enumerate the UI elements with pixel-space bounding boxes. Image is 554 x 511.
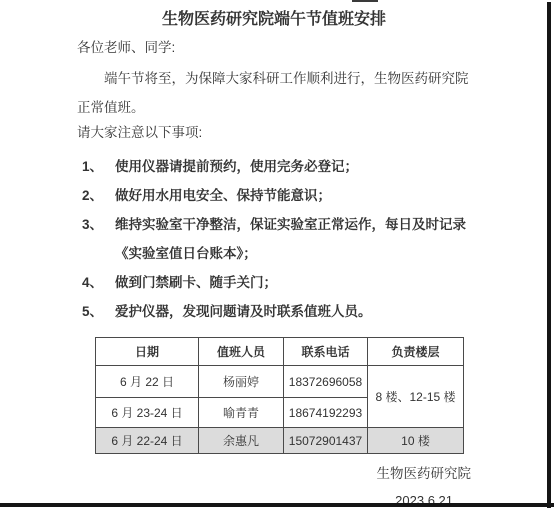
cell-date: 6 月 22 日 — [96, 366, 199, 398]
page-title: 生物医药研究院端午节值班安排 — [77, 8, 471, 32]
notice-item-3: 3、 维持实验室干净整洁，保证实验室正常运作，每日及时记录《实验室值日台账本》； — [77, 210, 471, 268]
cell-phone: 18674192293 — [284, 398, 368, 428]
notice-lead-line: 请大家注意以下事项: — [77, 122, 471, 144]
item-text: 使用仪器请提前预约，使用完务必登记； — [115, 152, 471, 181]
notice-item-2: 2、 做好用水用电安全、保持节能意识； — [77, 181, 471, 210]
document-content: 生物医药研究院端午节值班安排 各位老师、同学: 端午节将至，为保障大家科研工作顺… — [77, 0, 471, 510]
table-row-highlighted: 6 月 22-24 日 余惠凡 15072901437 10 楼 — [96, 428, 464, 454]
column-header-phone: 联系电话 — [284, 338, 368, 366]
salutation-line: 各位老师、同学: — [77, 38, 471, 58]
frame-border-right — [547, 2, 551, 508]
cell-person: 杨丽婷 — [199, 366, 284, 398]
cell-floor-merged: 8 楼、12-15 楼 — [368, 366, 464, 428]
cell-phone: 18372696058 — [284, 366, 368, 398]
notice-item-5: 5、 爱护仪器，发现问题请及时联系值班人员。 — [77, 297, 471, 326]
cell-person: 余惠凡 — [199, 428, 284, 454]
column-header-person: 值班人员 — [199, 338, 284, 366]
item-text: 爱护仪器，发现问题请及时联系值班人员。 — [115, 297, 471, 326]
intro-paragraph: 端午节将至，为保障大家科研工作顺利进行，生物医药研究院正常值班。 — [77, 64, 471, 122]
cell-phone: 15072901437 — [284, 428, 368, 454]
cell-date: 6 月 22-24 日 — [96, 428, 199, 454]
document-date: 2023.6.21 — [77, 492, 453, 510]
notice-item-list: 1、 使用仪器请提前预约，使用完务必登记； 2、 做好用水用电安全、保持节能意识… — [77, 152, 471, 326]
cell-floor: 10 楼 — [368, 428, 464, 454]
cell-person: 喻青青 — [199, 398, 284, 428]
notice-item-1: 1、 使用仪器请提前预约，使用完务必登记； — [77, 152, 471, 181]
item-text: 维持实验室干净整洁，保证实验室正常运作，每日及时记录《实验室值日台账本》； — [115, 210, 471, 268]
table-header-row: 日期 值班人员 联系电话 负责楼层 — [96, 338, 464, 366]
item-number: 3、 — [77, 210, 115, 268]
cell-date: 6 月 23-24 日 — [96, 398, 199, 428]
notice-item-4: 4、 做到门禁刷卡、随手关门； — [77, 268, 471, 297]
frame-border-bottom — [0, 503, 554, 507]
column-header-floor: 负责楼层 — [368, 338, 464, 366]
column-header-date: 日期 — [96, 338, 199, 366]
item-number: 4、 — [77, 268, 115, 297]
table-row: 6 月 22 日 杨丽婷 18372696058 8 楼、12-15 楼 — [96, 366, 464, 398]
item-text: 做好用水用电安全、保持节能意识； — [115, 181, 471, 210]
document-page: 生物医药研究院端午节值班安排 各位老师、同学: 端午节将至，为保障大家科研工作顺… — [0, 0, 554, 511]
item-text: 做到门禁刷卡、随手关门； — [115, 268, 471, 297]
item-number: 2、 — [77, 181, 115, 210]
item-number: 1、 — [77, 152, 115, 181]
item-number: 5、 — [77, 297, 115, 326]
duty-schedule-table: 日期 值班人员 联系电话 负责楼层 6 月 22 日 杨丽婷 183726960… — [95, 337, 464, 454]
signature-line: 生物医药研究院 — [77, 464, 471, 484]
